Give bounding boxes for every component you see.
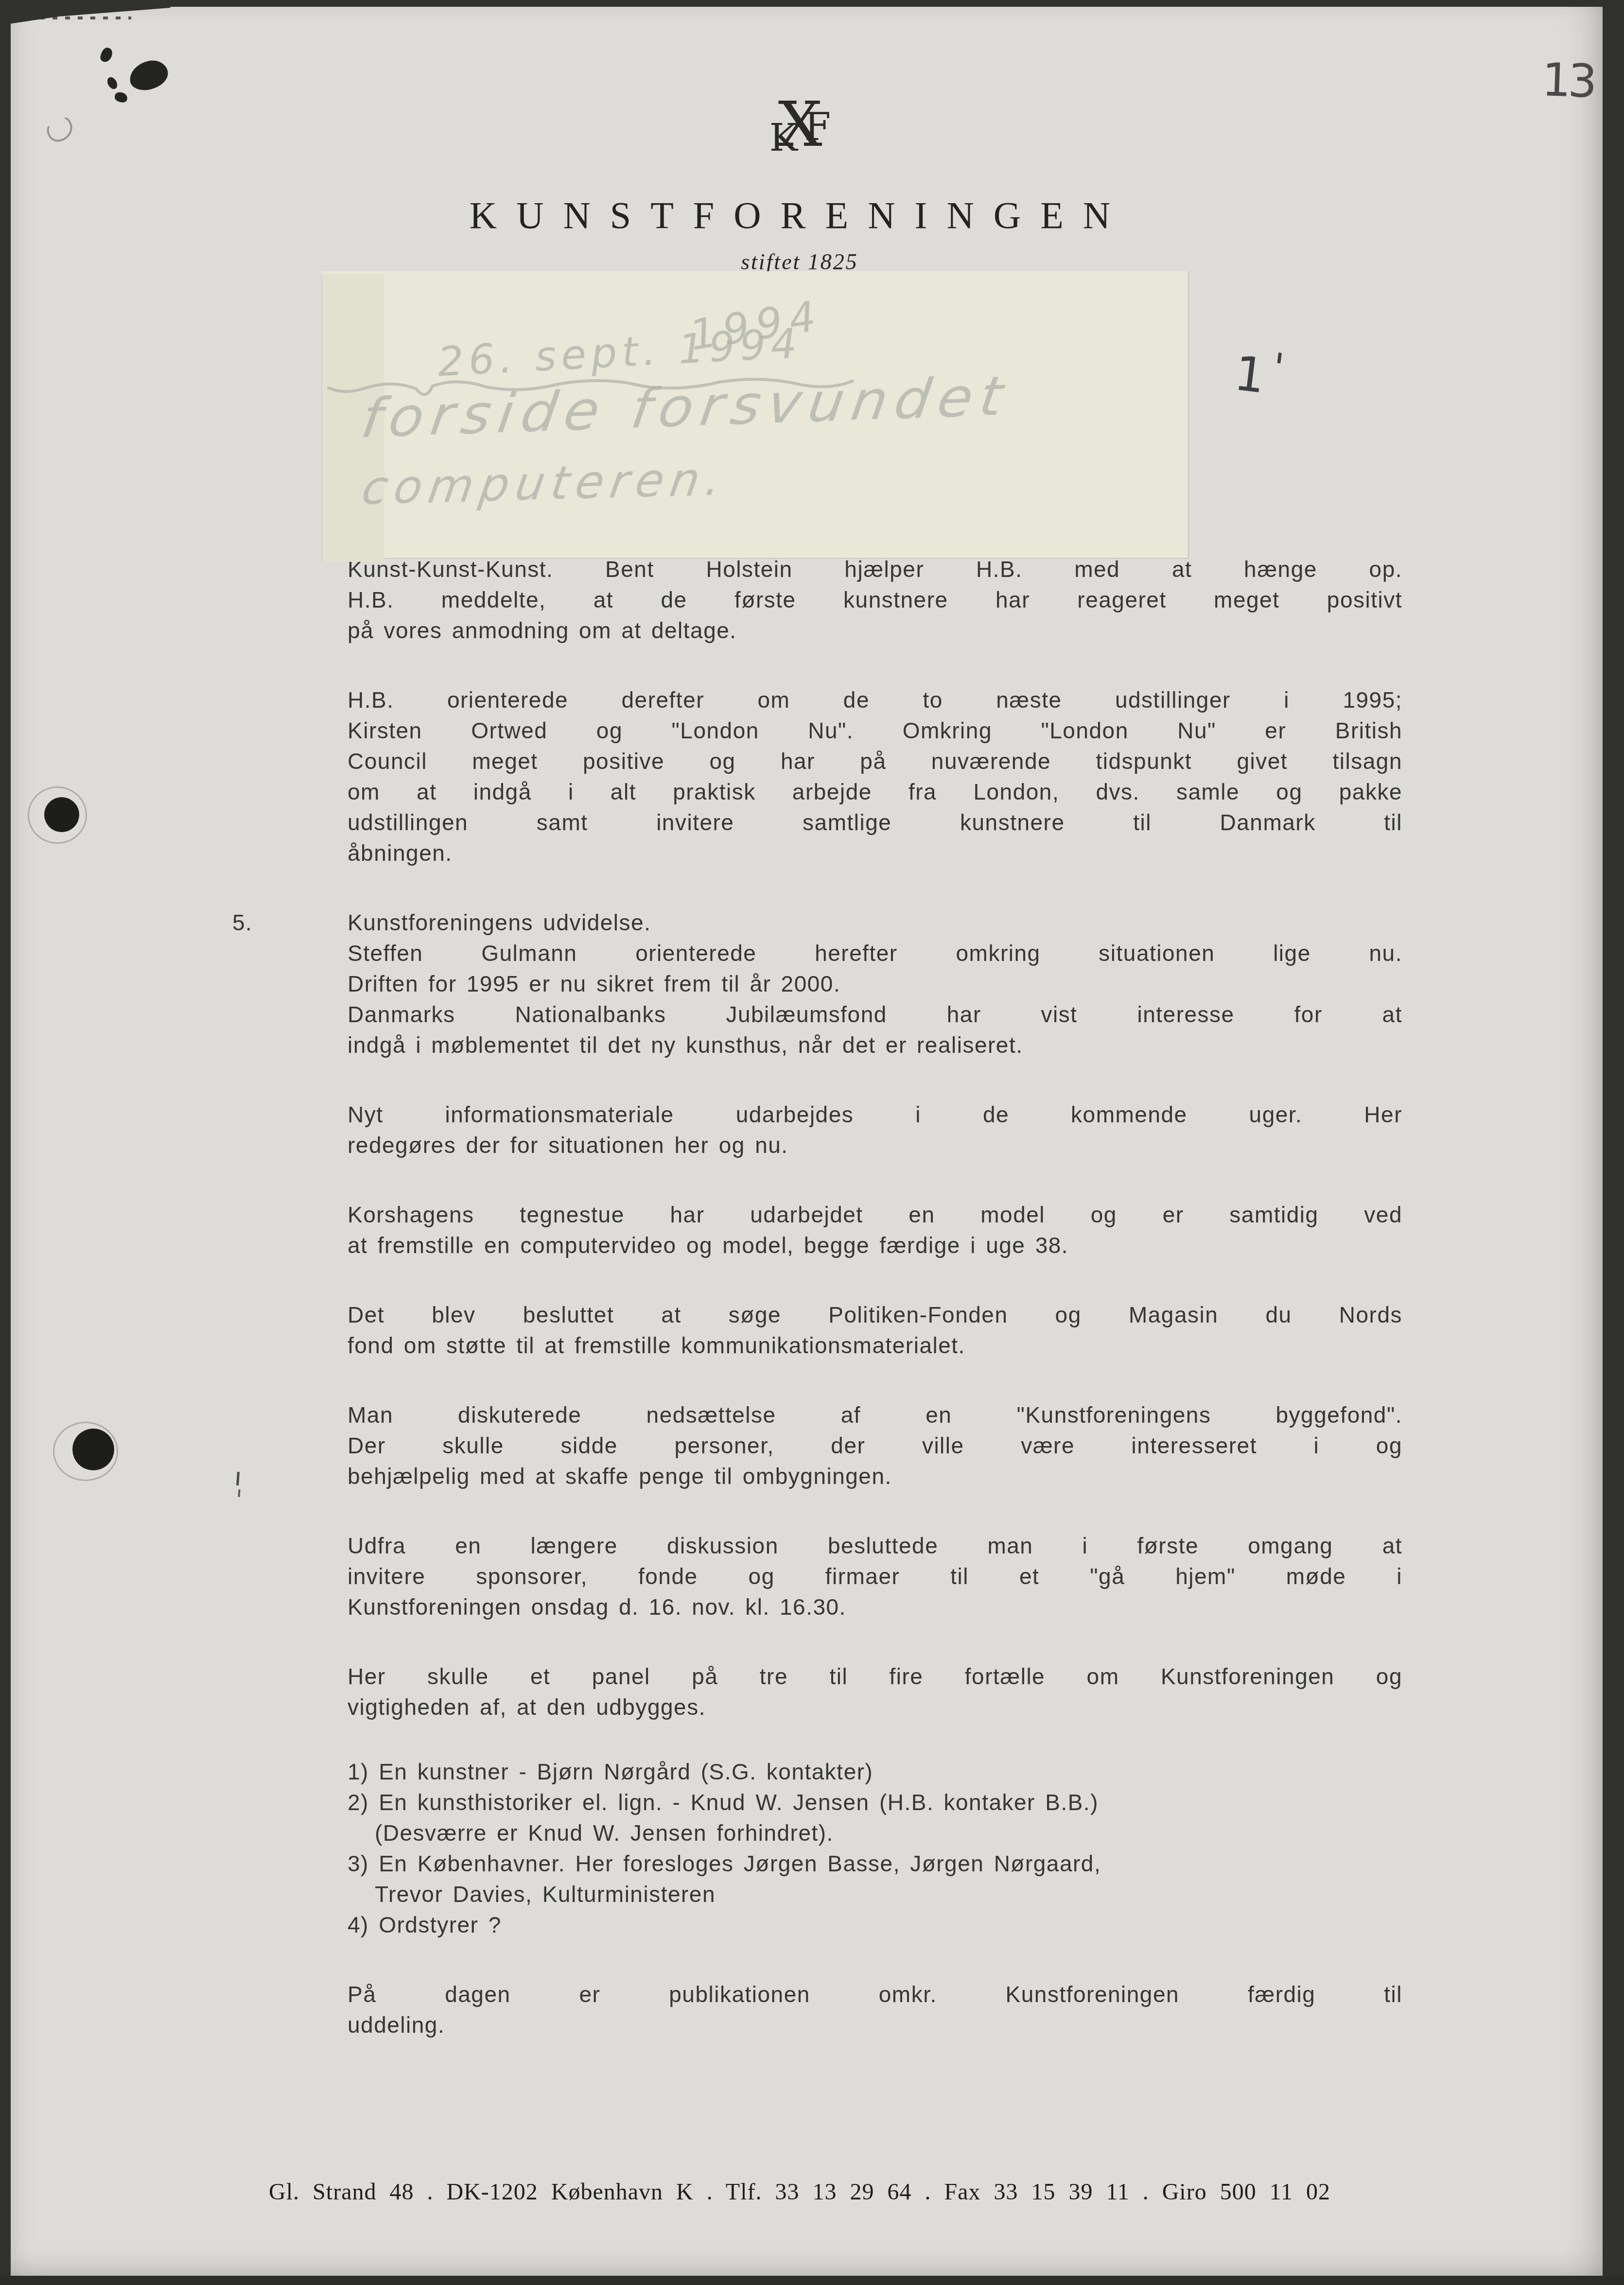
hole-punch bbox=[44, 797, 79, 832]
letterhead-footer-address: Gl. Strand 48 . DK-1202 København K . Tl… bbox=[0, 2179, 1599, 2205]
text-line: Korshagens tegnestue har udarbejdet en m… bbox=[348, 1200, 1402, 1230]
hole-punch bbox=[72, 1429, 114, 1470]
paragraph: Her skulle et panel på tre til fire fort… bbox=[348, 1661, 1402, 1723]
svg-text:F: F bbox=[804, 105, 831, 149]
paragraph: Udfra en længere diskussion besluttede m… bbox=[348, 1531, 1402, 1622]
text-line: Danmarks Nationalbanks Jubilæumsfond har… bbox=[348, 999, 1402, 1030]
text-line: Driften for 1995 er nu sikret frem til å… bbox=[348, 969, 1402, 999]
scanned-document-page: X K F KUNSTFORENINGEN stiftet 1825 26. s… bbox=[0, 0, 1624, 2285]
text-line: uddeling. bbox=[348, 2010, 1402, 2041]
text-line: Kunstforeningens udvidelse. bbox=[348, 907, 1402, 938]
paragraph: Nyt informationsmateriale udarbejdes i d… bbox=[348, 1099, 1402, 1161]
scan-edge-bottom bbox=[0, 2276, 1624, 2285]
text-line: Steffen Gulmann orienterede herefter omk… bbox=[348, 938, 1402, 969]
text-line: på vores anmodning om at deltage. bbox=[348, 615, 1402, 646]
text-line: behjælpelig med at skaffe penge til omby… bbox=[348, 1461, 1402, 1492]
handwritten-note-line: computeren. bbox=[358, 452, 731, 515]
text-line: På dagen er publikationen omkr. Kunstfor… bbox=[348, 1979, 1402, 2010]
paragraph: Man diskuterede nedsættelse af en "Kunst… bbox=[348, 1400, 1402, 1492]
text-line: 3) En Københavner. Her foresloges Jørgen… bbox=[348, 1849, 1402, 1879]
paragraph: Kunst-Kunst-Kunst. Bent Holstein hjælper… bbox=[348, 554, 1402, 646]
paragraph: Det blev besluttet at søge Politiken-Fon… bbox=[348, 1300, 1402, 1361]
kunstforeningen-monogram-logo-icon: X K F bbox=[761, 93, 839, 169]
body-text: Kunst-Kunst-Kunst. Bent Holstein hjælper… bbox=[348, 554, 1402, 2079]
text-line: vigtigheden af, at den udbygges. bbox=[348, 1692, 1402, 1723]
text-line: Kunst-Kunst-Kunst. Bent Holstein hjælper… bbox=[348, 554, 1402, 585]
text-line: Det blev besluttet at søge Politiken-Fon… bbox=[348, 1300, 1402, 1330]
text-line: at fremstille en computervideo og model,… bbox=[348, 1230, 1402, 1261]
text-line: Trevor Davies, Kulturministeren bbox=[348, 1879, 1402, 1910]
sticky-note: 26. sept. 1994 1994 forside forsvundet c… bbox=[322, 271, 1188, 558]
paragraph: 5.Kunstforeningens udvidelse.Steffen Gul… bbox=[348, 907, 1402, 1061]
text-line: 1) En kunstner - Bjørn Nørgård (S.G. kon… bbox=[348, 1757, 1402, 1787]
text-line: 2) En kunsthistoriker el. lign. - Knud W… bbox=[348, 1787, 1402, 1818]
text-line: (Desværre er Knud W. Jensen forhindret). bbox=[348, 1818, 1402, 1849]
org-name-title: KUNSTFORENINGEN bbox=[0, 193, 1599, 237]
text-line: fond om støtte til at fremstille kommuni… bbox=[348, 1330, 1402, 1361]
paragraph: H.B. orienterede derefter om de to næste… bbox=[348, 685, 1402, 869]
scan-edge-right bbox=[1603, 0, 1624, 2285]
text-line: H.B. meddelte, at de første kunstnere ha… bbox=[348, 585, 1402, 615]
text-line: Udfra en længere diskussion besluttede m… bbox=[348, 1531, 1402, 1561]
text-line: Her skulle et panel på tre til fire fort… bbox=[348, 1661, 1402, 1692]
text-line: H.B. orienterede derefter om de to næste… bbox=[348, 685, 1402, 715]
text-line: åbningen. bbox=[348, 838, 1402, 869]
paragraph: 1) En kunstner - Bjørn Nørgård (S.G. kon… bbox=[348, 1757, 1402, 1940]
text-line: indgå i møblementet til det ny kunsthus,… bbox=[348, 1030, 1402, 1061]
text-line: om at indgå i alt praktisk arbejde fra L… bbox=[348, 777, 1402, 807]
text-line: Kunstforeningen onsdag d. 16. nov. kl. 1… bbox=[348, 1592, 1402, 1622]
paper-edge-perforation-marks bbox=[15, 17, 131, 19]
svg-text:K: K bbox=[769, 116, 799, 160]
text-line: Council meget positive og har på nuværen… bbox=[348, 746, 1402, 777]
text-line: Man diskuterede nedsættelse af en "Kunst… bbox=[348, 1400, 1402, 1430]
paragraph: På dagen er publikationen omkr. Kunstfor… bbox=[348, 1979, 1402, 2041]
handwritten-margin-mark: 1' bbox=[1231, 346, 1279, 405]
text-line: udstillingen samt invitere samtlige kuns… bbox=[348, 807, 1402, 838]
text-line: Nyt informationsmateriale udarbejdes i d… bbox=[348, 1099, 1402, 1130]
text-line: invitere sponsorer, fonde og firmaer til… bbox=[348, 1561, 1402, 1592]
text-line: Der skulle sidde personer, der ville vær… bbox=[348, 1430, 1402, 1461]
text-line: redegøres der for situationen her og nu. bbox=[348, 1130, 1402, 1161]
paragraph: Korshagens tegnestue har udarbejdet en m… bbox=[348, 1200, 1402, 1261]
handwritten-year: 1994 bbox=[686, 291, 826, 360]
agenda-item-number: 5. bbox=[232, 907, 252, 938]
text-line: 4) Ordstyrer ? bbox=[348, 1910, 1402, 1940]
text-line: Kirsten Ortwed og "London Nu". Omkring "… bbox=[348, 715, 1402, 746]
handwritten-page-number: 13 bbox=[1541, 53, 1595, 108]
